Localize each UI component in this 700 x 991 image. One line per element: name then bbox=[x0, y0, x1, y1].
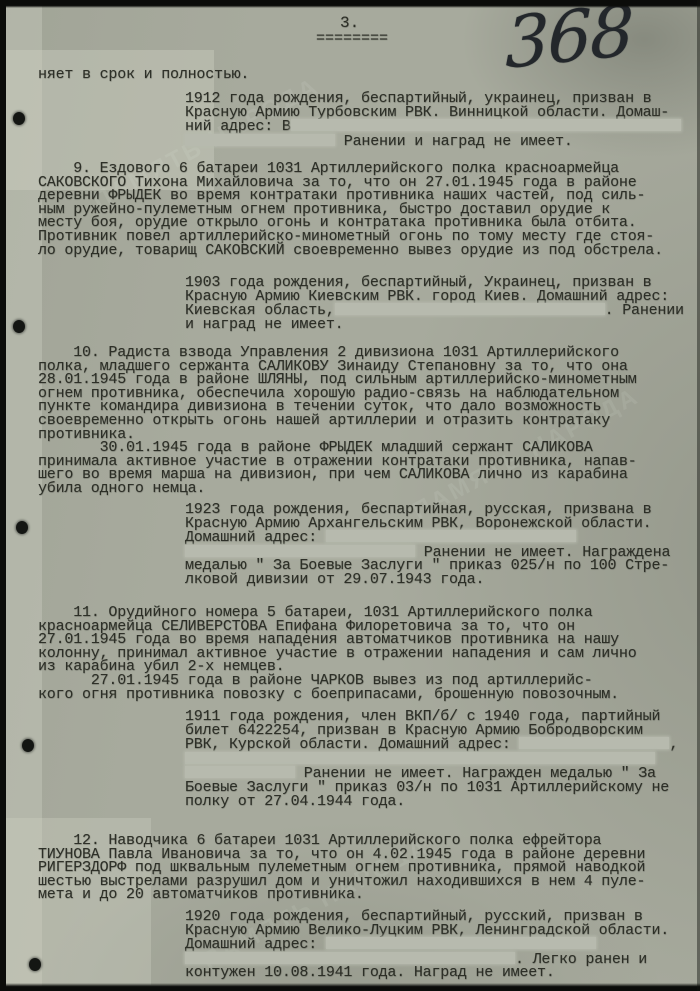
typewritten-text: , bbox=[669, 736, 678, 753]
scan-edge-bottom bbox=[0, 983, 700, 991]
redaction-bar bbox=[185, 134, 335, 146]
punch-hole bbox=[22, 739, 34, 752]
redaction-bar bbox=[185, 545, 415, 557]
item-12-citation: 12. Наводчика 6 батареи 1031 Артиллерийс… bbox=[38, 834, 698, 902]
punch-hole bbox=[13, 320, 25, 333]
redaction-bar bbox=[185, 752, 655, 764]
item-9-personal-data: 1903 года рождения, беспартийный, Украин… bbox=[185, 276, 697, 331]
typewritten-text: 11. Орудийного номера 5 батареи, 1031 Ар… bbox=[38, 604, 637, 703]
punch-hole bbox=[16, 521, 28, 534]
scan-edge-top bbox=[0, 0, 700, 8]
item-11-citation: 11. Орудийного номера 5 батареи, 1031 Ар… bbox=[38, 606, 698, 701]
punch-hole bbox=[13, 112, 25, 125]
scanned-page: ПАМЯТЬ НАРОДА ПАМЯТЬ НАРОДА ПАМЯТЬ НАРОД… bbox=[0, 0, 700, 991]
punch-hole bbox=[29, 958, 41, 971]
typewritten-text: 12. Наводчика 6 батареи 1031 Артиллерийс… bbox=[38, 832, 645, 903]
redaction-bar bbox=[335, 303, 605, 315]
item-10-citation: 10. Радиста взвода Управления 2 дивизион… bbox=[38, 346, 698, 496]
redaction-bar bbox=[185, 952, 515, 964]
redaction-bar bbox=[519, 737, 669, 749]
handwritten-number: 368 bbox=[505, 0, 632, 87]
item-12-personal-data: 1920 года рождения, беспартийный, русски… bbox=[185, 910, 697, 980]
carryover-fragment-line: няет в срок и полностью. bbox=[38, 68, 438, 82]
redaction-bar bbox=[185, 766, 295, 778]
redaction-bar bbox=[291, 119, 681, 131]
redaction-bar bbox=[326, 530, 576, 542]
typewritten-text: 9. Ездового 6 батареи 1031 Артиллерийско… bbox=[38, 160, 663, 259]
item-11-personal-data: 1911 года рождения, член ВКП/б/ с 1940 г… bbox=[185, 710, 700, 808]
typewritten-text: Ранении и наград не имеет. bbox=[335, 133, 573, 150]
scan-edge-left bbox=[0, 0, 6, 991]
item-9-citation: 9. Ездового 6 батареи 1031 Артиллерийско… bbox=[38, 162, 698, 257]
item-10-personal-data: 1923 года рождения, беспартийная, русска… bbox=[185, 503, 697, 587]
redaction-bar bbox=[326, 937, 596, 949]
typewritten-text: 10. Радиста взвода Управления 2 дивизион… bbox=[38, 344, 637, 497]
page-number-rule: ======== bbox=[316, 30, 388, 47]
intro-personal-data: 1912 года рождения, беспартийный, украин… bbox=[185, 92, 697, 148]
